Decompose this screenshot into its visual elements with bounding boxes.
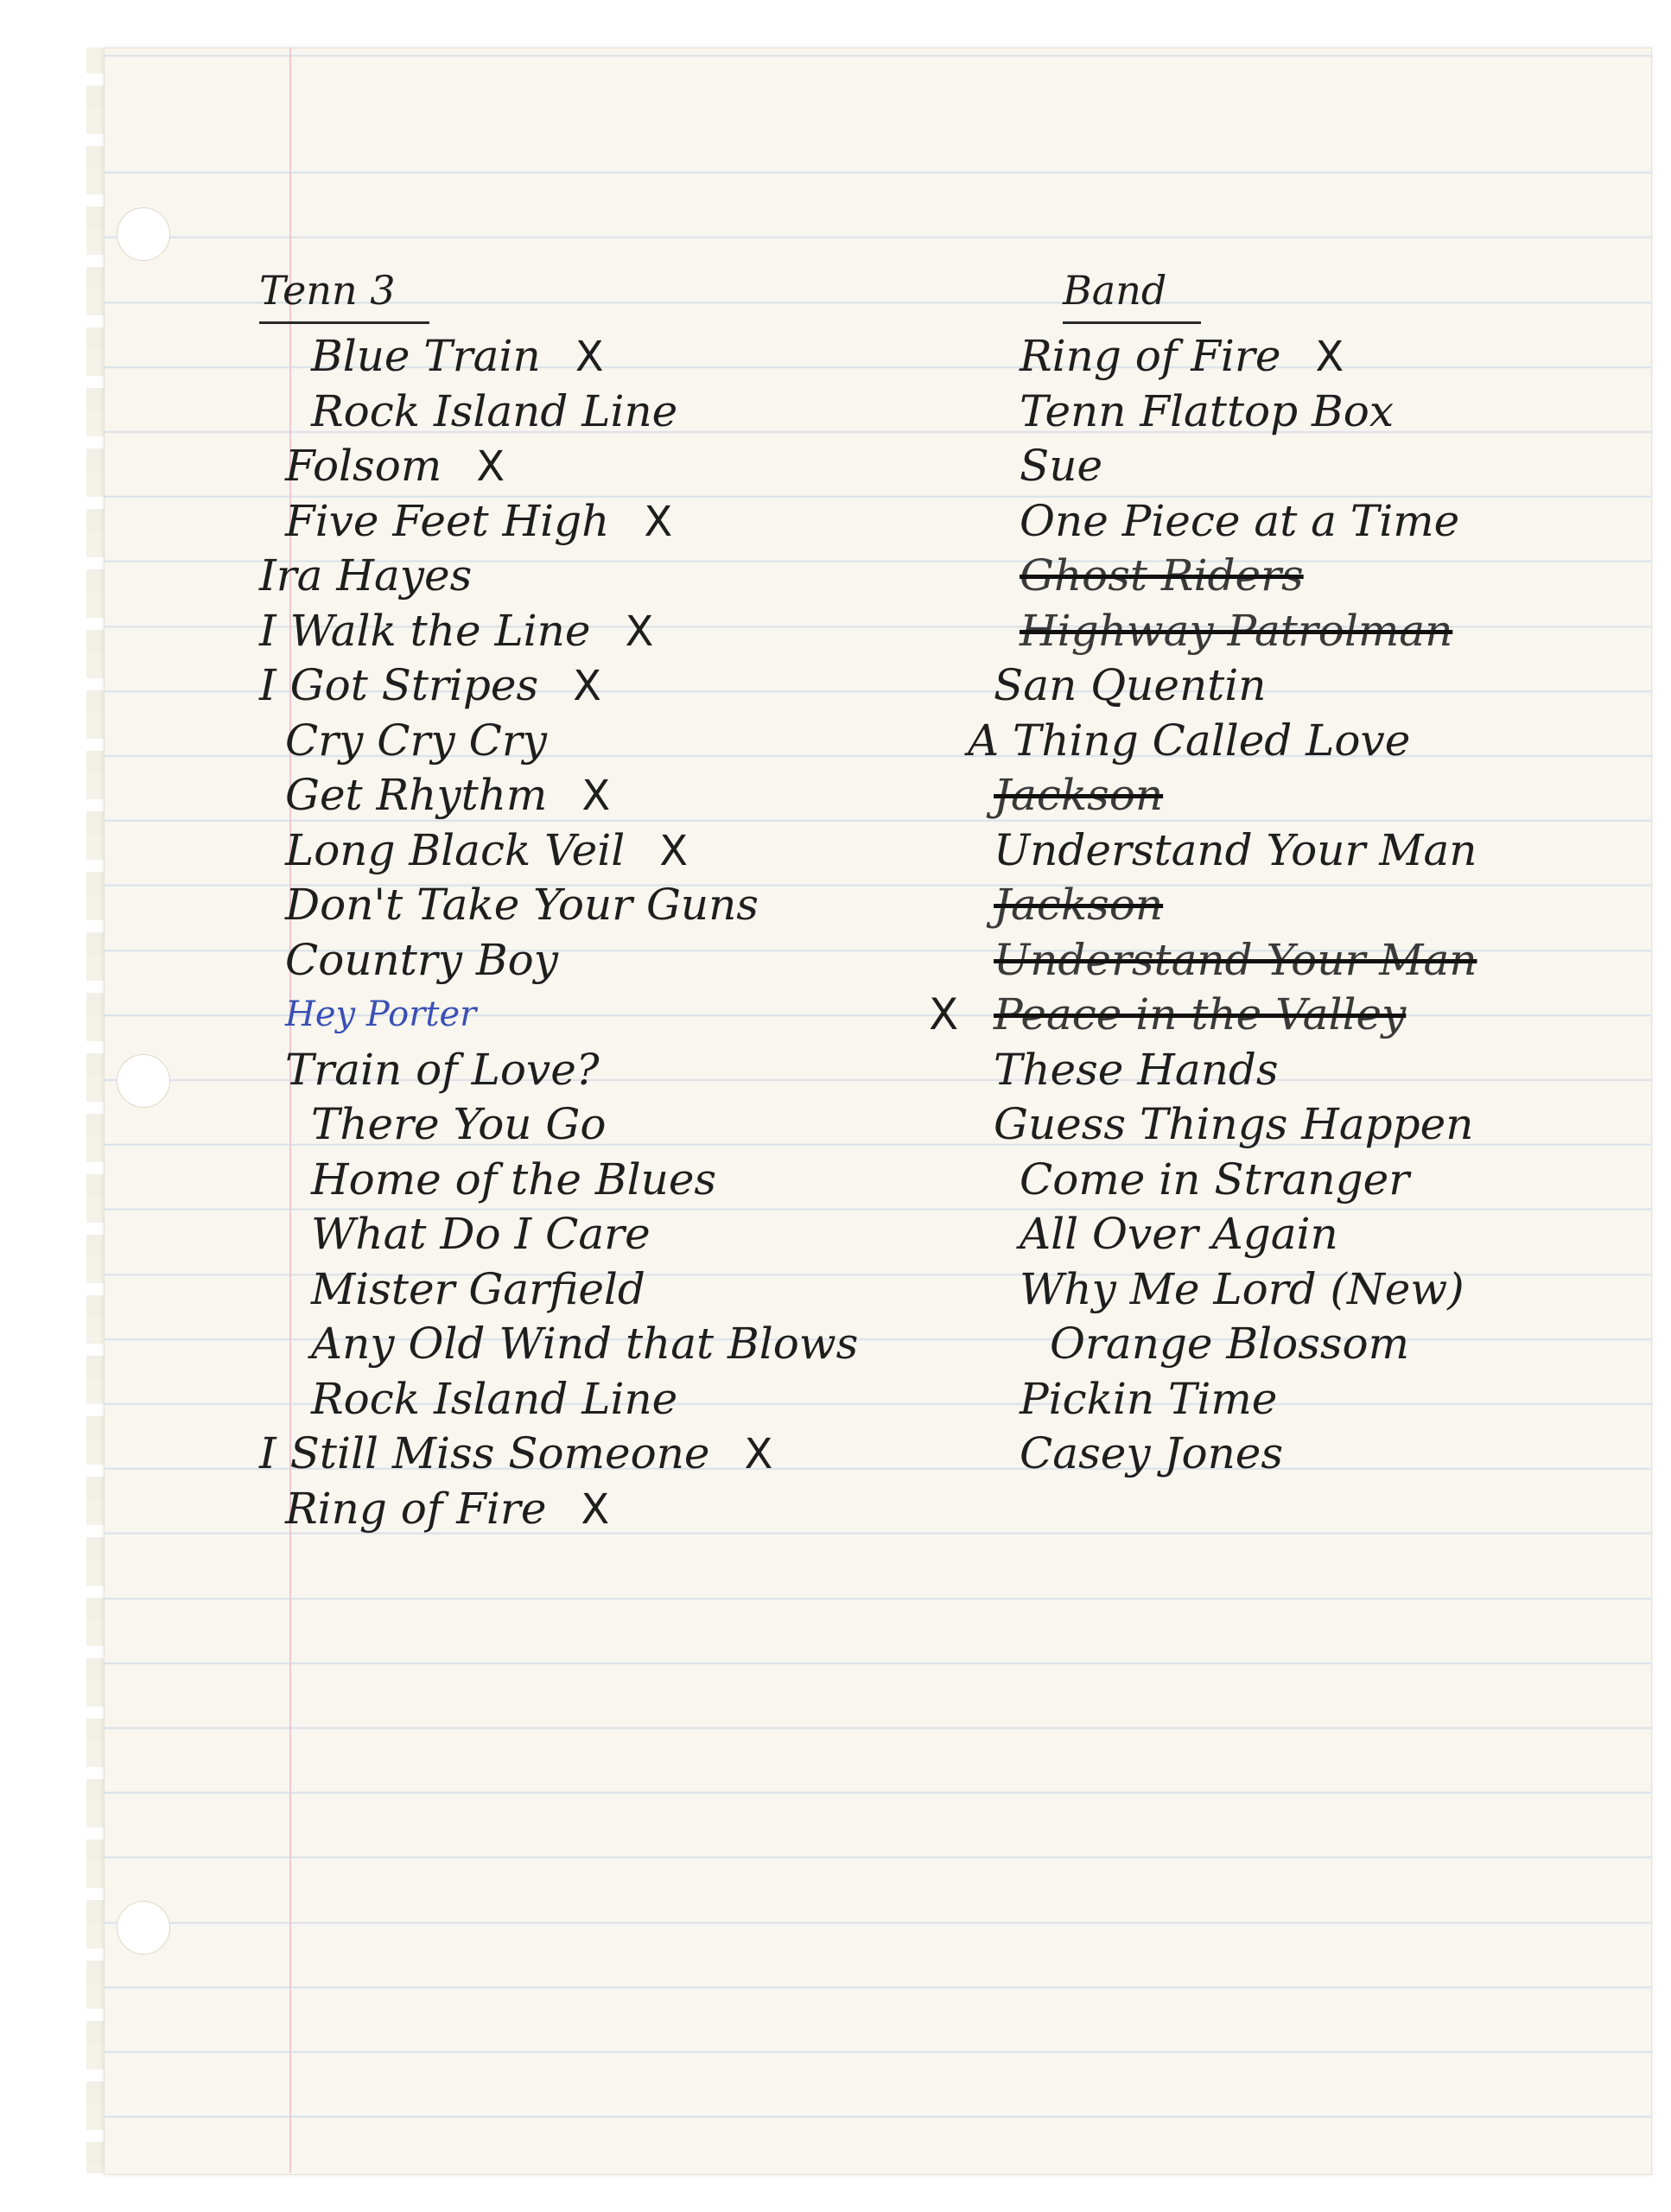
list-item: These Hands (968, 1043, 1642, 1098)
list-item: Blue TrainX (259, 329, 1037, 385)
x-mark-icon: X (573, 662, 601, 710)
list-item-struck: Highway Patrolman (968, 604, 1642, 659)
list-item: Five Feet HighX (259, 494, 1037, 550)
list-item-blue-ink: Hey Porter (259, 988, 1037, 1043)
list-item: One Piece at a Time (968, 494, 1642, 550)
list-item-struck: Understand Your Man (968, 933, 1642, 988)
list-item: Train of Love? (259, 1043, 1037, 1098)
list-item: All Over Again (968, 1207, 1642, 1262)
list-item: San Quentin (968, 658, 1642, 714)
list-item: What Do I Care (259, 1207, 1037, 1262)
list-item: Tenn Flattop Box (968, 385, 1642, 440)
list-item: Orange Blossom (968, 1317, 1642, 1372)
list-item: I Got StripesX (259, 658, 1037, 714)
list-item: FolsomX (259, 439, 1037, 494)
list-item-struck: Jackson (968, 878, 1642, 933)
list-item-struck: Ghost Riders (968, 549, 1642, 604)
list-item: I Still Miss SomeoneX (259, 1427, 1037, 1482)
list-item-struck: Jackson (968, 768, 1642, 823)
list-item: Casey Jones (968, 1427, 1642, 1482)
list-item: Don't Take Your Guns (259, 878, 1037, 933)
x-mark-icon: X (581, 772, 610, 820)
list-item: Guess Things Happen (968, 1097, 1642, 1153)
list-item: Sue (968, 439, 1642, 494)
right-setlist: Band Ring of FireX Tenn Flattop Box Sue … (968, 259, 1642, 1482)
x-mark-icon: X (745, 1430, 773, 1478)
list-item: Long Black VeilX (259, 823, 1037, 879)
list-item: There You Go (259, 1097, 1037, 1153)
list-item: Pickin Time (968, 1372, 1642, 1427)
list-item: Ring of FireX (968, 329, 1642, 385)
x-mark-icon: X (644, 498, 672, 546)
x-mark-icon: X (929, 988, 958, 1043)
list-item: Why Me Lord (New) (968, 1262, 1642, 1318)
list-item-struck: XPeace in the Valley (968, 988, 1642, 1043)
list-item: Ira Hayes (259, 549, 1037, 604)
list-item: Cry Cry Cry (259, 714, 1037, 769)
list-item: Get RhythmX (259, 768, 1037, 823)
list-item: Home of the Blues (259, 1153, 1037, 1208)
x-mark-icon: X (476, 442, 505, 491)
x-mark-icon: X (659, 827, 688, 875)
x-mark-icon: X (575, 333, 604, 381)
list-item: Mister Garfield (259, 1262, 1037, 1318)
binder-hole-top (117, 207, 170, 261)
binder-hole-middle (117, 1054, 170, 1108)
x-mark-icon: X (1315, 333, 1344, 381)
binder-hole-bottom (117, 1901, 170, 1955)
list-item: A Thing Called Love (968, 714, 1642, 769)
list-item: Any Old Wind that Blows (259, 1317, 1037, 1372)
right-heading: Band (1063, 259, 1201, 324)
list-item: Understand Your Man (968, 823, 1642, 879)
list-item: Ring of FireX (259, 1482, 1037, 1537)
left-setlist: Tenn 3 Blue TrainX Rock Island Line Fols… (259, 259, 1037, 1536)
list-item: I Walk the LineX (259, 604, 1037, 659)
x-mark-icon: X (625, 607, 653, 656)
list-item: Come in Stranger (968, 1153, 1642, 1208)
x-mark-icon: X (581, 1485, 609, 1534)
list-item: Rock Island Line (259, 385, 1037, 440)
list-item: Rock Island Line (259, 1372, 1037, 1427)
left-heading: Tenn 3 (259, 259, 429, 324)
list-item: Country Boy (259, 933, 1037, 988)
